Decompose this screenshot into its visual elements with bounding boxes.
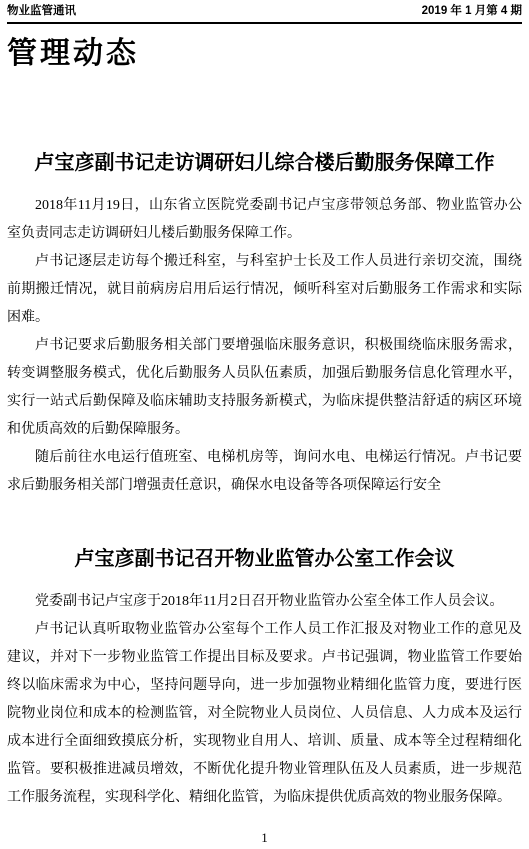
article-1: 卢宝彦副书记走访调研妇儿综合楼后勤服务保障工作 2018年11月19日，山东省立… <box>7 150 522 500</box>
article-1-body: 2018年11月19日，山东省立医院党委副书记卢宝彦带领总务部、物业监管办公室负… <box>7 192 522 500</box>
page-number: 1 <box>0 831 529 845</box>
article-1-paragraph: 卢书记逐层走访每个搬迁科室，与科室护士长及工作人员进行亲切交流，围绕前期搬迁情况… <box>7 248 522 332</box>
article-2: 卢宝彦副书记召开物业监管办公室工作会议 党委副书记卢宝彦于2018年11月2日召… <box>7 546 522 812</box>
article-2-body: 党委副书记卢宝彦于2018年11月2日召开物业监管办公室全体工作人员会议。 卢书… <box>7 588 522 812</box>
article-1-paragraph: 2018年11月19日，山东省立医院党委副书记卢宝彦带领总务部、物业监管办公室负… <box>7 192 522 248</box>
issue-label: 2019 年 1 月第 4 期 <box>422 4 522 18</box>
article-2-title: 卢宝彦副书记召开物业监管办公室工作会议 <box>7 546 522 572</box>
article-1-title: 卢宝彦副书记走访调研妇儿综合楼后勤服务保障工作 <box>7 150 522 176</box>
article-2-paragraph: 卢书记认真听取物业监管办公室每个工作人员工作汇报及对物业工作的意见及建议，并对下… <box>7 616 522 812</box>
article-1-paragraph: 卢书记要求后勤服务相关部门要增强临床服务意识，积极围绕临床服务需求，转变调整服务… <box>7 332 522 444</box>
document-page: 物业监管通讯 2019 年 1 月第 4 期 管理动态 卢宝彦副书记走访调研妇儿… <box>0 0 529 849</box>
article-2-paragraph: 党委副书记卢宝彦于2018年11月2日召开物业监管办公室全体工作人员会议。 <box>7 588 522 616</box>
newsletter-title: 物业监管通讯 <box>7 4 76 18</box>
section-title: 管理动态 <box>7 34 522 74</box>
page-header: 物业监管通讯 2019 年 1 月第 4 期 <box>7 4 522 24</box>
article-1-paragraph: 随后前往水电运行值班室、电梯机房等，询问水电、电梯运行情况。卢书记要求后勤服务相… <box>7 444 522 500</box>
